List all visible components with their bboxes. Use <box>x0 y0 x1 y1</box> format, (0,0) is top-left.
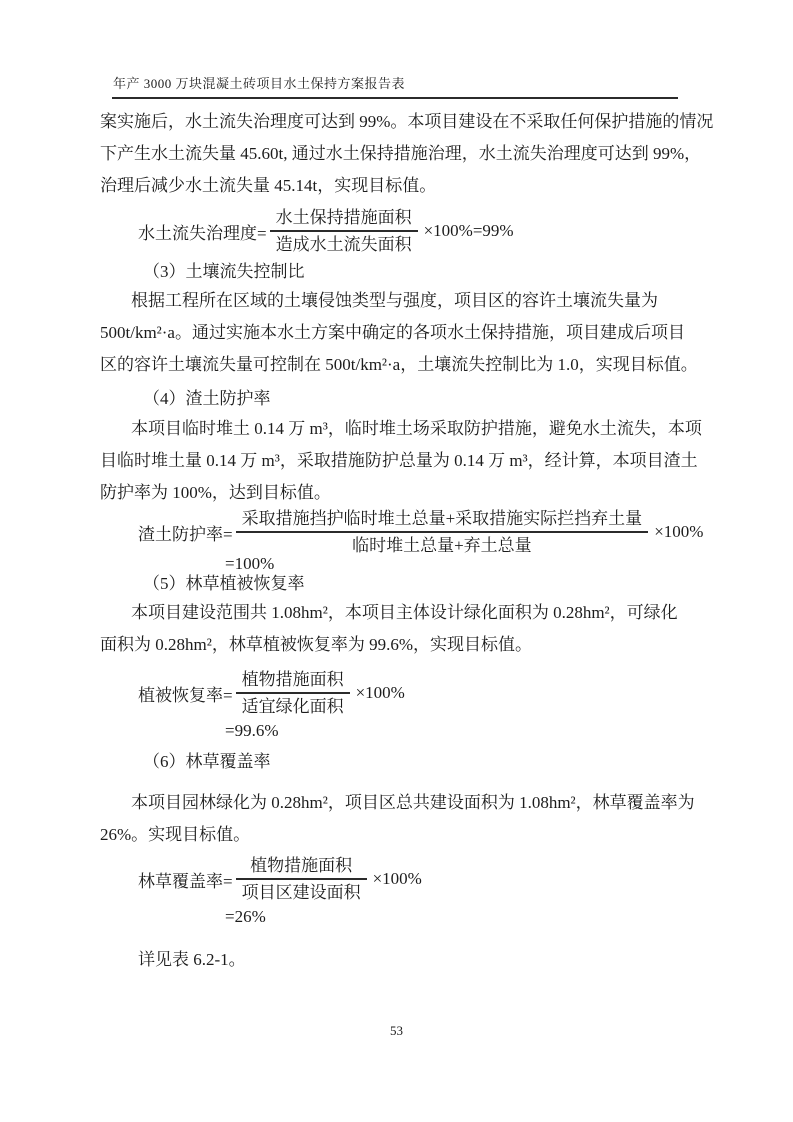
formula-result: =99.6% <box>225 719 405 743</box>
formula-fraction: 水土保持措施面积 造成水土流失面积 <box>270 205 418 257</box>
paragraph-spoil-protection: 本项目临时堆土 0.14 万 m³，临时堆土场采取防护措施，避免水土流失，本项 … <box>100 413 696 509</box>
formula-suffix: ×100%=99% <box>424 221 514 241</box>
paragraph-line: 下产生水土流失量 45.60t, 通过水土保持措施治理，水土流失治理度可达到 9… <box>100 138 696 170</box>
paragraph-vegetation-restoration: 本项目建设范围共 1.08hm²，本项目主体设计绿化面积为 0.28hm²，可绿… <box>100 597 696 661</box>
paragraph-line: 本项目临时堆土 0.14 万 m³，临时堆土场采取防护措施，避免水土流失，本项 <box>100 413 696 445</box>
paragraph-line: 案实施后，水土流失治理度可达到 99%。本项目建设在不采取任何保护措施的情况 <box>100 106 696 138</box>
paragraph-forest-grass-coverage: 本项目园林绿化为 0.28hm²，项目区总共建设面积为 1.08hm²，林草覆盖… <box>100 787 696 851</box>
fraction-denominator: 项目区建设面积 <box>236 878 367 905</box>
formula-fraction: 植物措施面积 项目区建设面积 <box>236 853 367 905</box>
header-rule <box>112 97 678 99</box>
paragraph-line: 面积为 0.28hm²，林草植被恢复率为 99.6%，实现目标值。 <box>100 629 696 661</box>
paragraph-line: 500t/km²·a。通过实施本水土方案中确定的各项水土保持措施，项目建成后项目 <box>100 317 696 349</box>
fraction-denominator: 适宜绿化面积 <box>236 692 350 719</box>
header-title: 年产 3000 万块混凝土砖项目水土保持方案报告表 <box>113 76 405 92</box>
paragraph-line: 区的容许土壤流失量可控制在 500t/km²·a，土壤流失控制比为 1.0，实现… <box>100 349 696 381</box>
formula-forest-grass-coverage-rate: 林草覆盖率= 植物措施面积 项目区建设面积 ×100% =26% <box>138 853 422 929</box>
closing-reference: 详见表 6.2-1。 <box>138 945 246 975</box>
fraction-numerator: 采取措施挡护临时堆土总量+采取措施实际拦挡弃土量 <box>236 506 649 531</box>
fraction-numerator: 植物措施面积 <box>236 667 350 692</box>
formula-label: 林草覆盖率= <box>138 867 233 892</box>
formula-vegetation-restoration-rate: 植被恢复率= 植物措施面积 适宜绿化面积 ×100% =99.6% <box>138 667 405 743</box>
section-heading-3: （3）土壤流失控制比 <box>100 257 305 287</box>
paragraph-line: 目临时堆土量 0.14 万 m³，采取措施防护总量为 0.14 万 m³，经计算… <box>100 445 696 477</box>
formula-main: 渣土防护率= 采取措施挡护临时堆土总量+采取措施实际拦挡弃土量 临时堆土总量+弃… <box>138 506 703 558</box>
page-number: 53 <box>0 1022 793 1040</box>
formula-suffix: ×100% <box>356 683 405 703</box>
formula-suffix: ×100% <box>373 869 422 889</box>
formula-label: 植被恢复率= <box>138 681 233 706</box>
formula-main: 水土流失治理度= 水土保持措施面积 造成水土流失面积 ×100%=99% <box>138 205 514 257</box>
section-heading-5: （5）林草植被恢复率 <box>100 569 305 599</box>
paragraph-line: 本项目园林绿化为 0.28hm²，项目区总共建设面积为 1.08hm²，林草覆盖… <box>100 787 696 819</box>
section-heading-6: （6）林草覆盖率 <box>100 747 271 777</box>
formula-spoil-protection-rate: 渣土防护率= 采取措施挡护临时堆土总量+采取措施实际拦挡弃土量 临时堆土总量+弃… <box>138 506 703 576</box>
paragraph-soil-loss-control: 根据工程所在区域的土壤侵蚀类型与强度，项目区的容许土壤流失量为 500t/km²… <box>100 285 696 381</box>
formula-label: 渣土防护率= <box>138 520 233 545</box>
paragraph-line: 根据工程所在区域的土壤侵蚀类型与强度，项目区的容许土壤流失量为 <box>100 285 696 317</box>
formula-fraction: 采取措施挡护临时堆土总量+采取措施实际拦挡弃土量 临时堆土总量+弃土总量 <box>236 506 649 558</box>
paragraph-line: 治理后减少水土流失量 45.14t，实现目标值。 <box>100 170 696 202</box>
section-heading-4: （4）渣土防护率 <box>100 384 271 414</box>
fraction-denominator: 造成水土流失面积 <box>270 230 418 257</box>
formula-main: 植被恢复率= 植物措施面积 适宜绿化面积 ×100% <box>138 667 405 719</box>
document-page: 年产 3000 万块混凝土砖项目水土保持方案报告表 案实施后，水土流失治理度可达… <box>0 0 793 1122</box>
paragraph-line: 26%。实现目标值。 <box>100 819 696 851</box>
fraction-numerator: 水土保持措施面积 <box>270 205 418 230</box>
paragraph-line: 防护率为 100%，达到目标值。 <box>100 477 696 509</box>
formula-suffix: ×100% <box>654 522 703 542</box>
formula-main: 林草覆盖率= 植物措施面积 项目区建设面积 ×100% <box>138 853 422 905</box>
fraction-numerator: 植物措施面积 <box>236 853 367 878</box>
paragraph-treatment-degree: 案实施后，水土流失治理度可达到 99%。本项目建设在不采取任何保护措施的情况 下… <box>100 106 696 202</box>
formula-fraction: 植物措施面积 适宜绿化面积 <box>236 667 350 719</box>
formula-soil-loss-treatment-degree: 水土流失治理度= 水土保持措施面积 造成水土流失面积 ×100%=99% <box>138 205 514 257</box>
formula-result: =26% <box>225 905 422 929</box>
paragraph-line: 本项目建设范围共 1.08hm²，本项目主体设计绿化面积为 0.28hm²，可绿… <box>100 597 696 629</box>
formula-label: 水土流失治理度= <box>138 219 267 244</box>
fraction-denominator: 临时堆土总量+弃土总量 <box>236 531 649 558</box>
